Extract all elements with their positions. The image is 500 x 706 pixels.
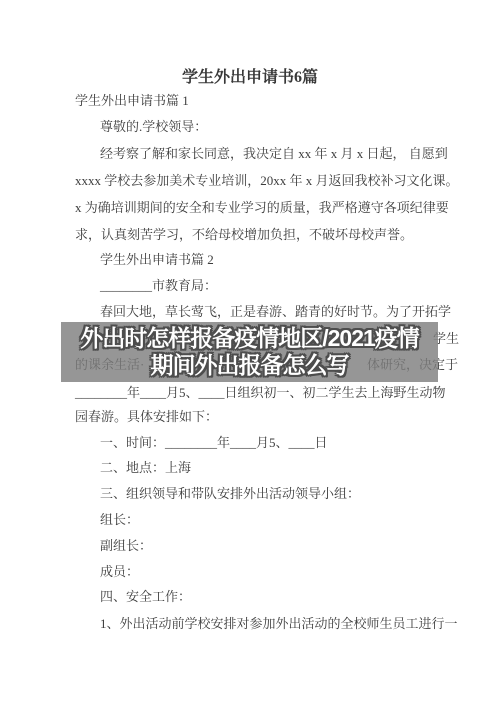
body-line: 副组长： xyxy=(100,537,152,555)
document-title: 学生外出申请书6篇 xyxy=(0,64,500,87)
caption-line: 外出时怎样报备疫情地区/2021疫情 xyxy=(80,325,419,352)
caption-line: 期间外出报备怎么写 xyxy=(151,352,349,379)
body-line: 三、组织领导和带队安排外出活动领导小组： xyxy=(100,485,360,503)
body-line: 1、外出活动前学校安排对参加外出活动的全校师生员工进行一 xyxy=(100,615,458,633)
body-line: 园春游。具体安排如下： xyxy=(75,408,218,426)
body-line: 学生外出申请书篇 1 xyxy=(75,92,189,110)
body-line: ________市教育局： xyxy=(100,277,217,295)
body-line: 求，认真刻苦学习，不给母校增加负担，不破坏母校声誉。 xyxy=(75,226,413,244)
body-line: ________年____月5、____日组织初一、初二学生去上海野生动物 xyxy=(75,384,446,402)
caption-overlay-band: 外出时怎样报备疫情地区/2021疫情 期间外出报备怎么写 xyxy=(61,322,438,382)
body-line: 成员： xyxy=(100,563,139,581)
body-line: 春回大地，草长莺飞，正是春游、踏青的好时节。为了开拓学 xyxy=(100,303,451,321)
body-line: 一、时间：________年____月5、____日 xyxy=(100,434,328,452)
body-line: 学生外出申请书篇 2 xyxy=(100,251,214,269)
body-line: xxxx 学校去参加美术专业培训，20xx 年 x 月返回我校补习文化课。 xyxy=(75,172,459,190)
body-line: 尊敬的.学校领导： xyxy=(100,118,207,136)
body-line: x 为确培训期间的安全和专业学习的质量，我严格遵守各项纪律要 xyxy=(75,199,449,217)
body-line: 二、地点：上海 xyxy=(100,459,191,477)
body-line: 四、安全工作： xyxy=(100,588,191,606)
body-line: 经考察了解和家长同意，我决定自 xx 年 x 月 x 日起， 自愿到 xyxy=(100,145,448,163)
body-line: 组长： xyxy=(100,511,139,529)
document-page: 学生外出申请书6篇 学生外出申请书篇 1 尊敬的.学校领导： 经考察了解和家长同… xyxy=(0,0,500,706)
